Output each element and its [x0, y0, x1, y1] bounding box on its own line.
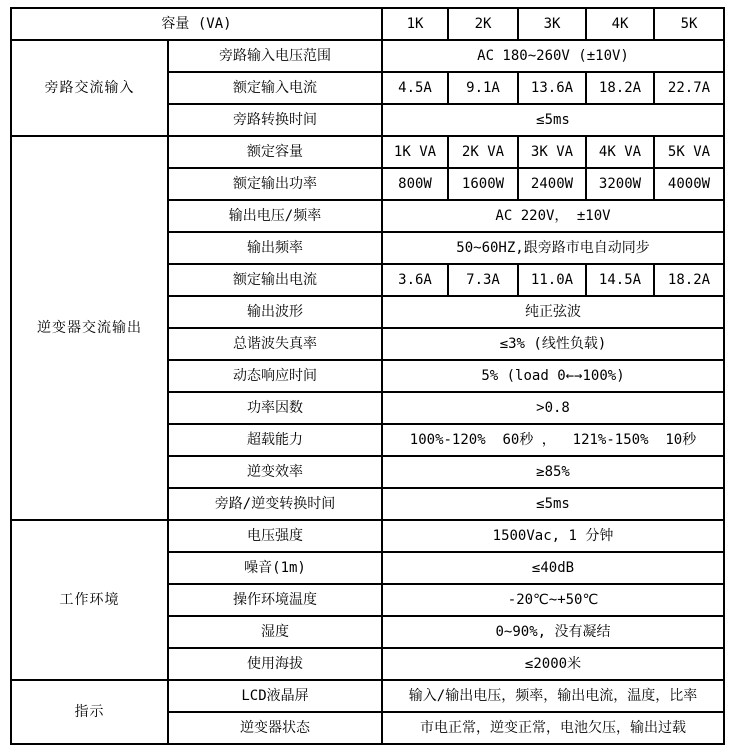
row-value: 50~60HZ,跟旁路市电自动同步	[382, 232, 724, 264]
column-header-4k: 4K	[586, 8, 654, 40]
row-value: 0~90%, 没有凝结	[382, 616, 724, 648]
row-value: 100%-120% 60秒 ， 121%-150% 10秒	[382, 424, 724, 456]
row-label: 功率因数	[168, 392, 382, 424]
row-value: ≤3% (线性负载)	[382, 328, 724, 360]
row-value: AC 220V， ±10V	[382, 200, 724, 232]
section-label-indication: 指示	[11, 680, 168, 744]
row-value: 纯正弦波	[382, 296, 724, 328]
row-value: >0.8	[382, 392, 724, 424]
spec-sheet: 容量 (VA) 1K 2K 3K 4K 5K 旁路交流输入 旁路输入电压范围 A…	[0, 0, 729, 745]
cell-value: 4K VA	[586, 136, 654, 168]
row-label: 额定输出功率	[168, 168, 382, 200]
row-value: ≥85%	[382, 456, 724, 488]
row-value: ≤5ms	[382, 104, 724, 136]
cell-value: 3.6A	[382, 264, 448, 296]
row-label: 噪音(1m)	[168, 552, 382, 584]
row-label: 输出波形	[168, 296, 382, 328]
row-label: 超载能力	[168, 424, 382, 456]
capacity-header-label: 容量 (VA)	[11, 8, 382, 40]
cell-value: 9.1A	[448, 72, 518, 104]
section-label-bypass-ac-input: 旁路交流输入	[11, 40, 168, 136]
table-row: 逆变器交流输出 额定容量 1K VA 2K VA 3K VA 4K VA 5K …	[11, 136, 724, 168]
row-label: 旁路转换时间	[168, 104, 382, 136]
row-label: 旁路/逆变转换时间	[168, 488, 382, 520]
cell-value: 18.2A	[586, 72, 654, 104]
row-label: 逆变器状态	[168, 712, 382, 744]
cell-value: 1600W	[448, 168, 518, 200]
cell-value: 3K VA	[518, 136, 586, 168]
row-label: 额定输入电流	[168, 72, 382, 104]
row-label: LCD液晶屏	[168, 680, 382, 712]
row-label: 操作环境温度	[168, 584, 382, 616]
cell-value: 13.6A	[518, 72, 586, 104]
row-value: ≤2000米	[382, 648, 724, 680]
cell-value: 3200W	[586, 168, 654, 200]
ups-spec-table: 容量 (VA) 1K 2K 3K 4K 5K 旁路交流输入 旁路输入电压范围 A…	[10, 7, 725, 745]
row-label: 电压强度	[168, 520, 382, 552]
cell-value: 2K VA	[448, 136, 518, 168]
cell-value: 14.5A	[586, 264, 654, 296]
header-row: 容量 (VA) 1K 2K 3K 4K 5K	[11, 8, 724, 40]
table-row: 旁路交流输入 旁路输入电压范围 AC 180~260V (±10V)	[11, 40, 724, 72]
cell-value: 4.5A	[382, 72, 448, 104]
row-value: -20℃~+50℃	[382, 584, 724, 616]
cell-value: 22.7A	[654, 72, 724, 104]
column-header-2k: 2K	[448, 8, 518, 40]
column-header-5k: 5K	[654, 8, 724, 40]
row-value: 输入/输出电压，频率，输出电流，温度，比率	[382, 680, 724, 712]
row-label: 使用海拔	[168, 648, 382, 680]
row-label: 动态响应时间	[168, 360, 382, 392]
column-header-3k: 3K	[518, 8, 586, 40]
table-row: 指示 LCD液晶屏 输入/输出电压，频率，输出电流，温度，比率	[11, 680, 724, 712]
row-label: 输出频率	[168, 232, 382, 264]
row-label: 额定容量	[168, 136, 382, 168]
cell-value: 2400W	[518, 168, 586, 200]
section-label-inverter-ac-output: 逆变器交流输出	[11, 136, 168, 520]
section-label-working-environment: 工作环境	[11, 520, 168, 680]
table-row: 工作环境 电压强度 1500Vac, 1 分钟	[11, 520, 724, 552]
row-value: ≤40dB	[382, 552, 724, 584]
cell-value: 4000W	[654, 168, 724, 200]
row-value: 市电正常，逆变正常，电池欠压，输出过载	[382, 712, 724, 744]
row-label: 旁路输入电压范围	[168, 40, 382, 72]
row-value: ≤5ms	[382, 488, 724, 520]
row-label: 总谐波失真率	[168, 328, 382, 360]
column-header-1k: 1K	[382, 8, 448, 40]
cell-value: 5K VA	[654, 136, 724, 168]
cell-value: 11.0A	[518, 264, 586, 296]
row-value: 1500Vac, 1 分钟	[382, 520, 724, 552]
row-label: 输出电压/频率	[168, 200, 382, 232]
cell-value: 1K VA	[382, 136, 448, 168]
row-label: 湿度	[168, 616, 382, 648]
cell-value: 18.2A	[654, 264, 724, 296]
cell-value: 7.3A	[448, 264, 518, 296]
cell-value: 800W	[382, 168, 448, 200]
row-label: 逆变效率	[168, 456, 382, 488]
row-value: 5% (load 0←→100%)	[382, 360, 724, 392]
row-value: AC 180~260V (±10V)	[382, 40, 724, 72]
row-label: 额定输出电流	[168, 264, 382, 296]
